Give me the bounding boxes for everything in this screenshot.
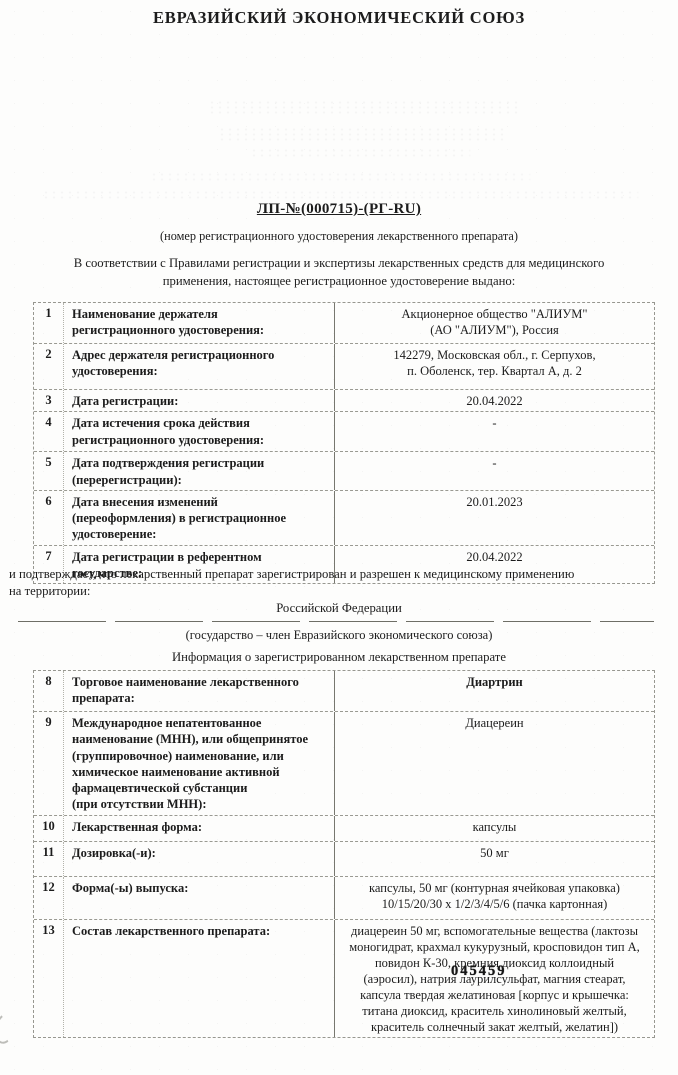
- table-row: 10 Лекарственная форма: капсулы: [34, 816, 654, 842]
- table-row: 2 Адрес держателя регистрационного удост…: [34, 344, 654, 390]
- row-value: 50 мг: [335, 842, 654, 876]
- territory-underline: [18, 621, 654, 622]
- table-row: 3 Дата регистрации: 20.04.2022: [34, 390, 654, 412]
- row-number: 1: [34, 303, 64, 343]
- medicine-info-table: 8 Торговое наименование лекарственного п…: [33, 670, 655, 1038]
- table-row: 13 Состав лекарственного препарата: диац…: [34, 920, 654, 1037]
- row-number: 3: [34, 390, 64, 411]
- intro-paragraph: В соответствии с Правилами регистрации и…: [29, 254, 649, 291]
- registration-number-caption: (номер регистрационного удостоверения ле…: [0, 229, 678, 244]
- scanned-document-page: ЕВРАЗИЙСКИЙ ЭКОНОМИЧЕСКИЙ СОЮЗ ЛП-№(0007…: [0, 0, 678, 1075]
- table-row: 4 Дата истечения срока действия регистра…: [34, 412, 654, 452]
- row-label: Форма(-ы) выпуска:: [64, 877, 335, 919]
- registration-holder-table: 1 Наименование держателя регистрационног…: [33, 302, 655, 584]
- info-section-heading: Информация о зарегистрированном лекарств…: [0, 650, 678, 665]
- scan-edge-artifact: [0, 1011, 18, 1046]
- row-label: Адрес держателя регистрационного удостов…: [64, 344, 335, 389]
- document-title: ЕВРАЗИЙСКИЙ ЭКОНОМИЧЕСКИЙ СОЮЗ: [0, 8, 678, 28]
- row-label: Дата внесения изменений (переоформления)…: [64, 491, 335, 545]
- row-number: 13: [34, 920, 64, 1037]
- faded-stamp-text: [150, 172, 530, 184]
- faded-stamp-text: [208, 100, 518, 114]
- row-label: Торговое наименование лекарственного пре…: [64, 671, 335, 711]
- row-label: Дата истечения срока действия регистраци…: [64, 412, 335, 451]
- row-label: Лекарственная форма:: [64, 816, 335, 841]
- row-value: диацереин 50 мг, вспомогательные веществ…: [335, 920, 654, 1037]
- faded-stamp-text: [250, 148, 470, 160]
- row-label: Дата регистрации:: [64, 390, 335, 411]
- table-row: 6 Дата внесения изменений (переоформлени…: [34, 491, 654, 546]
- row-label: Дозировка(-и):: [64, 842, 335, 876]
- table-row: 11 Дозировка(-и): 50 мг: [34, 842, 654, 877]
- row-value: капсулы: [335, 816, 654, 841]
- row-number: 5: [34, 452, 64, 490]
- row-label: Состав лекарственного препарата:: [64, 920, 335, 1037]
- row-label: Дата подтверждения регистрации (перереги…: [64, 452, 335, 490]
- faded-stamp-text: [218, 127, 508, 141]
- table-row: 5 Дата подтверждения регистрации (перере…: [34, 452, 654, 491]
- confirmation-paragraph: и подтверждает, что лекарственный препар…: [9, 566, 671, 600]
- row-value: -: [335, 452, 654, 490]
- table-row: 8 Торговое наименование лекарственного п…: [34, 671, 654, 712]
- row-number: 12: [34, 877, 64, 919]
- registration-number: ЛП-№(000715)-(РГ-RU): [0, 201, 678, 218]
- row-number: 10: [34, 816, 64, 841]
- row-number: 9: [34, 712, 64, 815]
- row-value: Диацереин: [335, 712, 654, 815]
- row-number: 2: [34, 344, 64, 389]
- territory-caption: (государство – член Евразийского экономи…: [0, 628, 678, 643]
- row-value: 142279, Московская обл., г. Серпухов, п.…: [335, 344, 654, 389]
- row-number: 8: [34, 671, 64, 711]
- territory-name: Российской Федерации: [0, 601, 678, 616]
- row-value: Акционерное общество "АЛИУМ" (АО "АЛИУМ"…: [335, 303, 654, 343]
- row-number: 11: [34, 842, 64, 876]
- row-value: Диартрин: [335, 671, 654, 711]
- row-value: 20.01.2023: [335, 491, 654, 545]
- row-label: Международное непатентованное наименован…: [64, 712, 335, 815]
- table-row: 1 Наименование держателя регистрационног…: [34, 303, 654, 344]
- row-number: 6: [34, 491, 64, 545]
- row-value: -: [335, 412, 654, 451]
- table-row: 9 Международное непатентованное наименов…: [34, 712, 654, 816]
- row-label: Наименование держателя регистрационного …: [64, 303, 335, 343]
- row-value: капсулы, 50 мг (контурная ячейковая упак…: [335, 877, 654, 919]
- table-row: 12 Форма(-ы) выпуска: капсулы, 50 мг (ко…: [34, 877, 654, 920]
- row-number: 4: [34, 412, 64, 451]
- row-value: 20.04.2022: [335, 390, 654, 411]
